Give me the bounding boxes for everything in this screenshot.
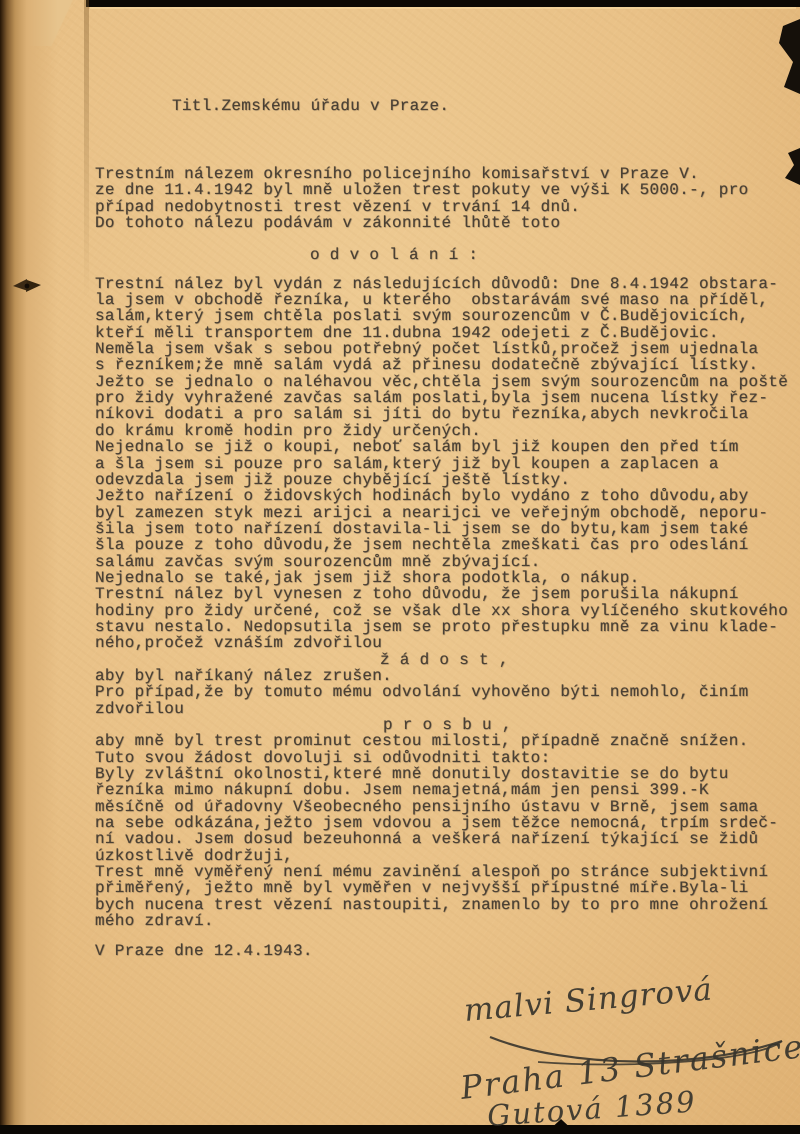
text-line: Trest mně vyměřený není mému zavinění al… bbox=[95, 864, 795, 880]
text-line: la jsem v obchodě řezníka, u kterého obs… bbox=[95, 292, 795, 308]
binding-shadow bbox=[0, 0, 60, 1134]
text-line: aby mně byl trest prominut cestou milost… bbox=[95, 733, 795, 749]
text-line: kteří měli transportem dne 11.dubna 1942… bbox=[95, 325, 795, 341]
text-line: ného,pročež vznáším zdvořilou bbox=[95, 635, 795, 651]
text-line: stavu nestalo. Nedopsutila jsem se proto… bbox=[95, 619, 795, 635]
text-line: Ježto nařízení o židovských hodinách byl… bbox=[95, 488, 795, 504]
appeal-paragraph: Trestní nález byl vydán z následujících … bbox=[95, 276, 795, 652]
text-line: Ježto se jednalo o naléhavou věc,chtěla … bbox=[95, 374, 795, 390]
text-line: Trestním nálezem okresního policejního k… bbox=[95, 166, 795, 182]
text-line: odevzdala jsem již pouze chybějící ještě… bbox=[95, 472, 795, 488]
dateline: V Praze dne 12.4.1943. bbox=[95, 943, 795, 959]
text-line: Trestní nález byl vydán z následujících … bbox=[95, 276, 795, 292]
text-line: případ nedobytnosti trest vězení v trván… bbox=[95, 199, 795, 215]
text-line: do krámu kromě hodin pro židy určených. bbox=[95, 423, 795, 439]
text-line: ze dne 11.4.1942 byl mně uložen trest po… bbox=[95, 182, 795, 198]
signature-name: malvi Singrová bbox=[463, 971, 715, 1029]
text-line: šla pouze z toho důvodu,že jsem nechtěla… bbox=[95, 537, 795, 553]
text-line: ní vadou. Jsem dosud bezeuhonná a vešker… bbox=[95, 831, 795, 847]
plea-paragraph: aby mně byl trest prominut cestou milost… bbox=[95, 733, 795, 929]
text-line: hodiny pro židy určené, což se však dle … bbox=[95, 603, 795, 619]
scan-edge-top bbox=[86, 0, 800, 7]
text-line: Byly zvláštní okolnosti,které mně donuti… bbox=[95, 766, 795, 782]
text-line: úzkostlivě dodržuji, bbox=[95, 848, 795, 864]
text-line: Nejednalo se také,jak jsem již shora pod… bbox=[95, 570, 795, 586]
text-line: mého zdraví. bbox=[95, 913, 795, 929]
text-line: Tuto svou žádost dovoluji si odůvodniti … bbox=[95, 750, 795, 766]
fold-crease bbox=[84, 0, 89, 300]
text-line: Neměla jsem však s sebou potřebný počet … bbox=[95, 341, 795, 357]
text-line: měsíčně od úřadovny Všeobecného pensijní… bbox=[95, 799, 795, 815]
signature-block: malvi Singrová Praha 13 Strašnice Gutová… bbox=[370, 975, 800, 1134]
text-line: salámu zavčas svým sourozencům mně zbýva… bbox=[95, 554, 795, 570]
text-line: níkovi dodati a pro salám si jíti do byt… bbox=[95, 406, 795, 422]
recipient-line: Titl.Zemskému úřadu v Praze. bbox=[172, 98, 449, 114]
plea-heading: p r o s b u , bbox=[95, 717, 795, 733]
appeal-heading: o d v o l á n í : bbox=[95, 247, 795, 263]
text-line: šila jsem toto nařízení dostavila-li jse… bbox=[95, 521, 795, 537]
text-line: Nejednalo se již o koupi, neboť salám by… bbox=[95, 439, 795, 455]
text-line: salám,který jsem chtěla poslati svým sou… bbox=[95, 308, 795, 324]
text-line: řezníka mimo nákupní dobu. Jsem nemajetn… bbox=[95, 782, 795, 798]
scanned-document-page: Titl.Zemskému úřadu v Praze. Trestním ná… bbox=[0, 0, 800, 1134]
text-line: byl zamezen styk mezi arijci a nearijci … bbox=[95, 505, 795, 521]
text-line: přiměřený, ježto mně byl vyměřen v nejvy… bbox=[95, 880, 795, 896]
text-line: s řezníkem;že mně salám vydá až přinesu … bbox=[95, 357, 795, 373]
text-line: zdvořilou bbox=[95, 701, 795, 717]
text-line: na sebe odkázána,ježto jsem vdovou a jse… bbox=[95, 815, 795, 831]
intro-paragraph: Trestním nálezem okresního policejního k… bbox=[95, 166, 795, 231]
text-line: a šla jsem si pouze pro salám,který již … bbox=[95, 456, 795, 472]
text-line: Trestní nález byl vynesen z toho důvodu,… bbox=[95, 586, 795, 602]
text-line: Pro případ,že by tomuto mému odvolání vy… bbox=[95, 684, 795, 700]
text-line: aby byl naříkaný nález zrušen. bbox=[95, 668, 795, 684]
request-paragraph: aby byl naříkaný nález zrušen.Pro případ… bbox=[95, 668, 795, 717]
letter-body: Trestním nálezem okresního policejního k… bbox=[95, 166, 795, 960]
paper-edge-highlight bbox=[90, 7, 796, 9]
text-line: Do tohoto nálezu podávám v zákonnité lhů… bbox=[95, 215, 795, 231]
request-heading: ž á d o s t , bbox=[95, 652, 795, 668]
text-line: bych nucena trest vězení nastoupiti, zna… bbox=[95, 897, 795, 913]
